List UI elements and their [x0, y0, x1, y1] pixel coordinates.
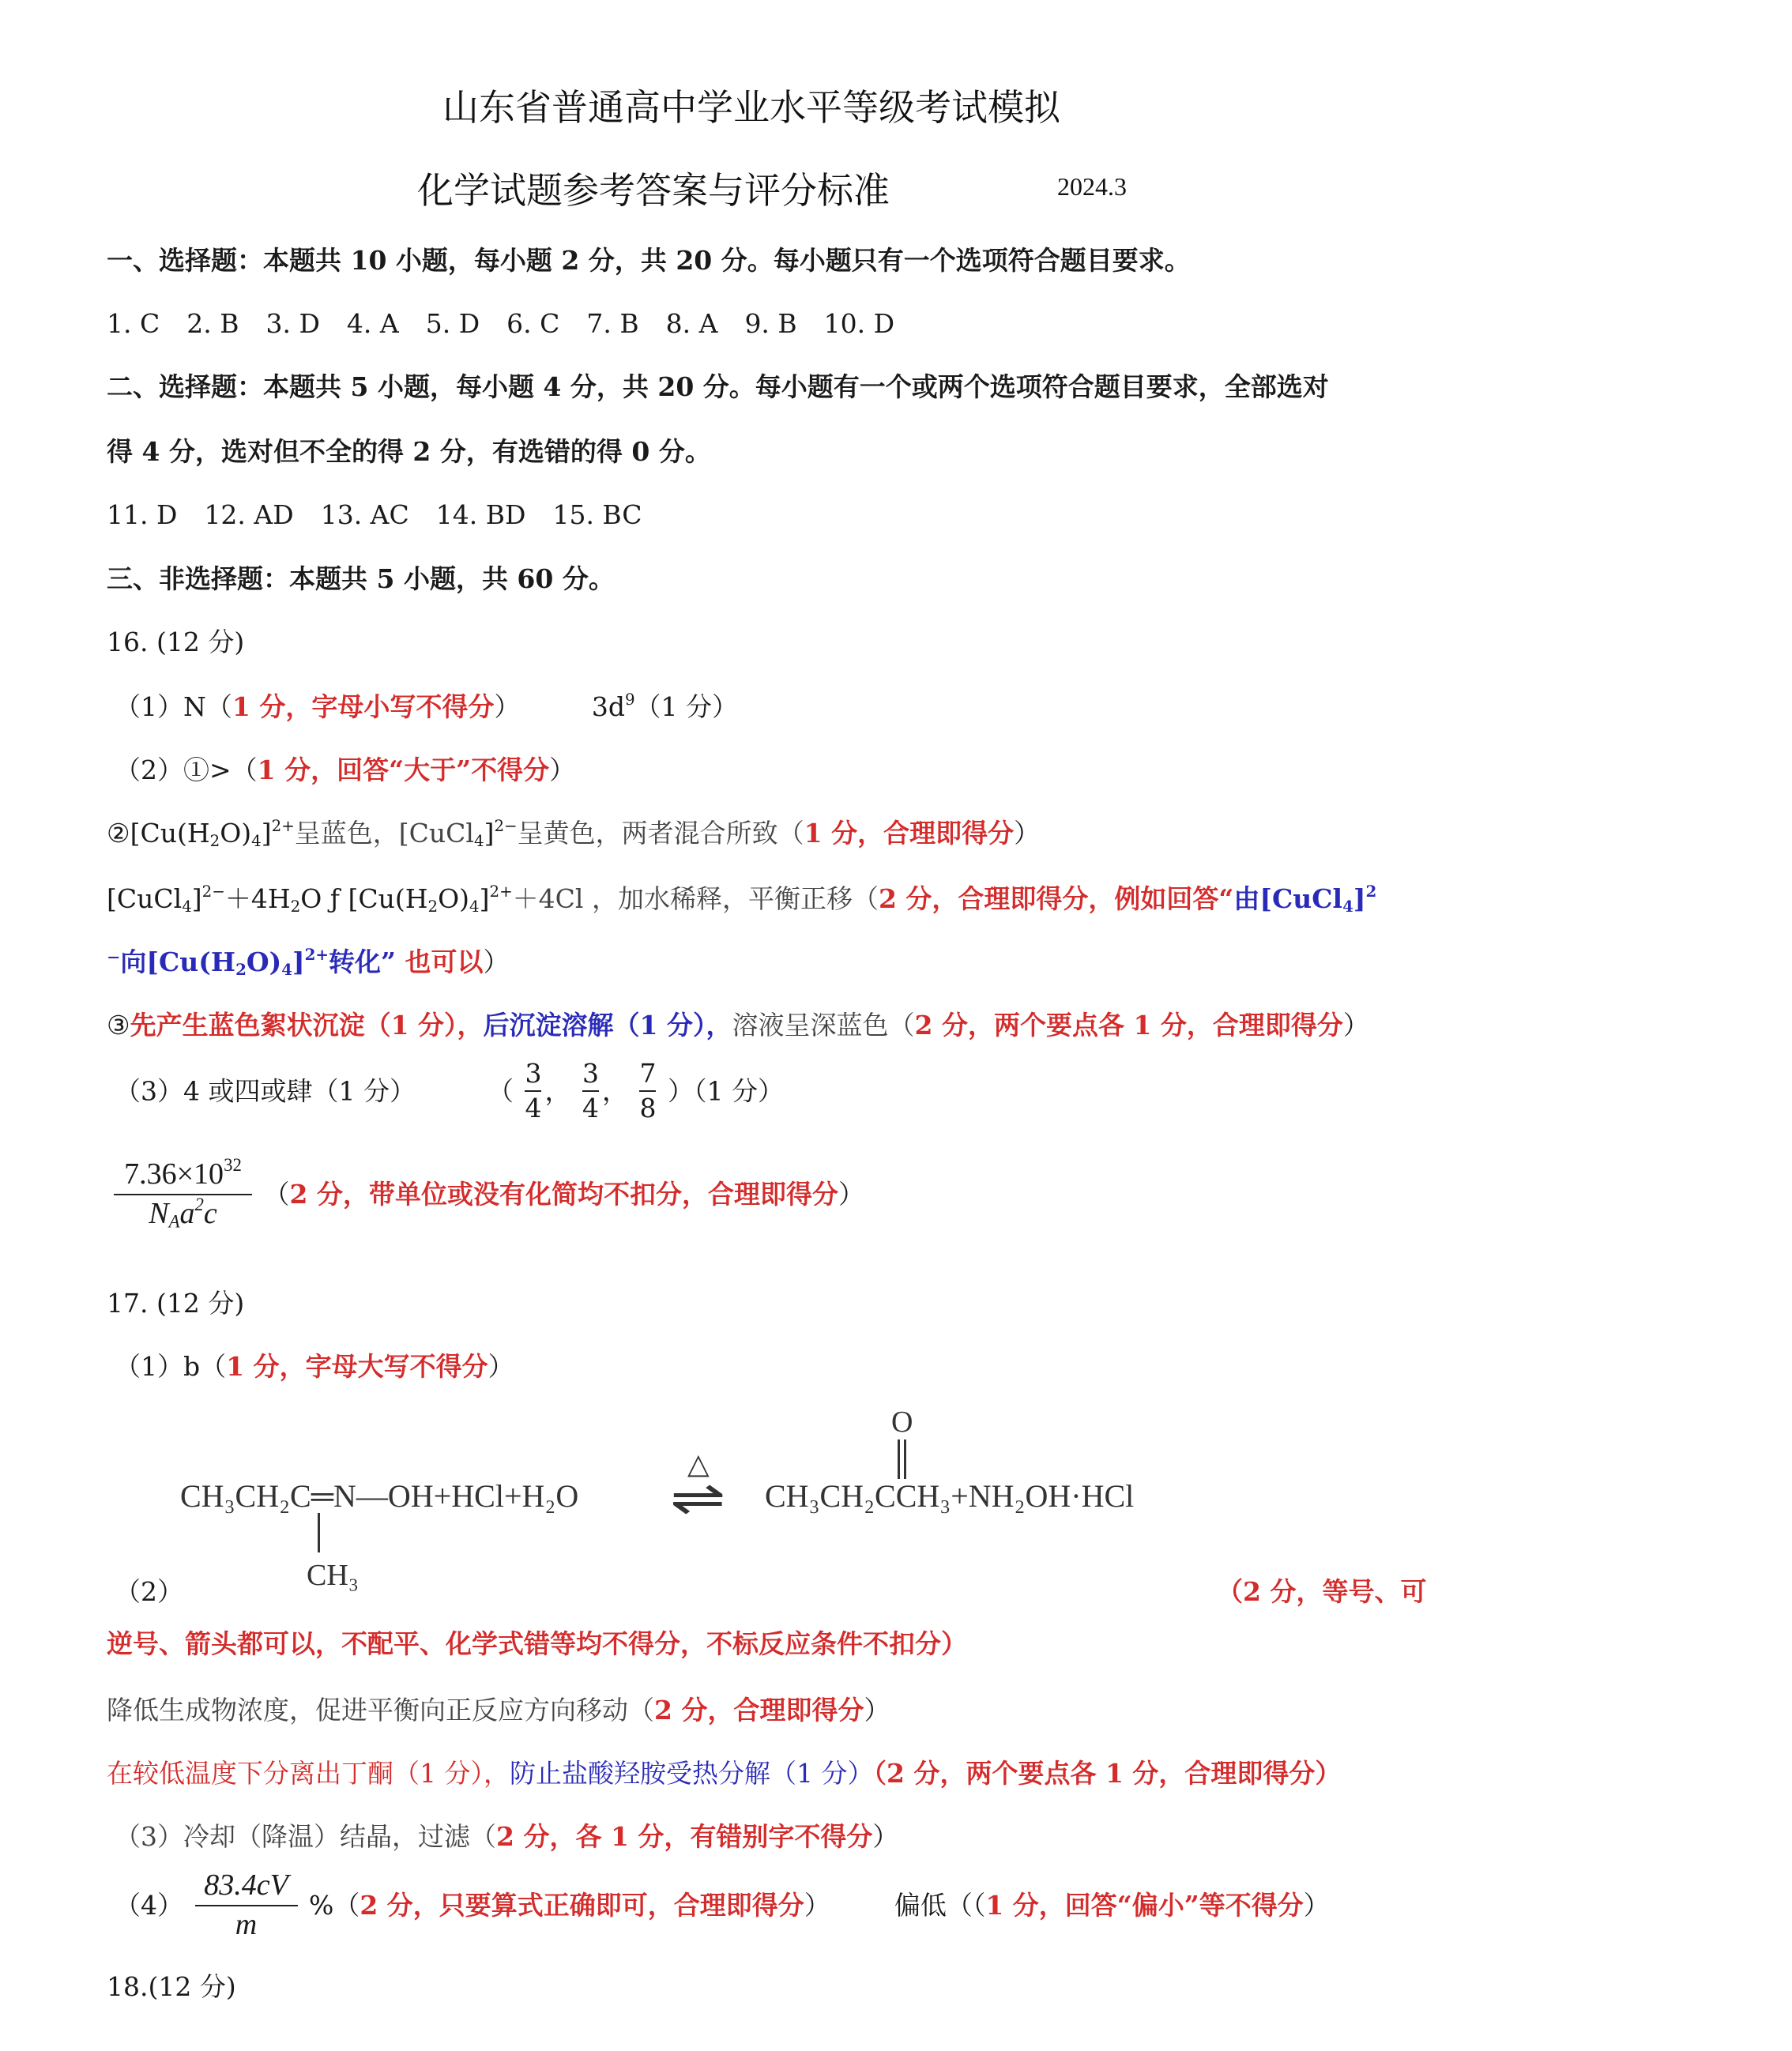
answer-13: 13. AC [321, 499, 409, 530]
q17-part1: （1）b（1 分，字母大写不得分） [115, 1353, 514, 1379]
answer-4: 4. A [347, 308, 399, 339]
q16-density: 7.36×1032 NAa2c （2 分，带单位或没有化简均不扣分，合理即得分） [111, 1157, 864, 1231]
reaction-branch-methyl: CH₃ [307, 1558, 359, 1593]
purity-formula: 83.4cVm [195, 1868, 298, 1942]
answer-8: 8. A [666, 308, 718, 339]
answer-15: 15. BC [552, 499, 642, 530]
coord-fraction-2: 34 [582, 1059, 599, 1123]
answer-6: 6. C [506, 308, 559, 339]
section3-heading: 三、非选择题：本题共 5 小题，共 60 分。 [107, 566, 615, 592]
answer-12: 12. AD [204, 499, 293, 530]
answer-5: 5. D [426, 308, 480, 339]
reaction-reactants: CH₃CH₂C═N—OH+HCl+H₂O [180, 1477, 578, 1515]
coord-fraction-1: 34 [525, 1059, 541, 1123]
q16-equilibrium-line: [CuCl4]2−＋4H2O ƒ [Cu(H2O)4]2+＋4Cl ，加水稀释，… [107, 886, 1376, 912]
section2-heading-line2: 得 4 分，选对但不全的得 2 分，有选错的得 0 分。 [107, 438, 711, 465]
carbonyl-double-bond [898, 1439, 900, 1479]
section1-answers: 1. C2. B3. D4. A5. D6. C7. B8. A9. B10. … [107, 310, 921, 337]
q16-part2-sub2: ②[Cu(H2O)4]2+呈蓝色，[CuCl4]2−呈黄色，两者混合所致（1 分… [107, 820, 1040, 846]
q16-title: 16. (12 分) [107, 629, 244, 655]
section2-heading-line1: 二、选择题：本题共 5 小题，每小题 4 分，共 20 分。每小题有一个或两个选… [107, 374, 1329, 400]
answer-10: 10. D [824, 308, 894, 339]
q16-part3: （3）4 或四或肆（1 分） （ 34， 34， 78 ）（1 分） [115, 1059, 784, 1123]
answer-3: 3. D [265, 308, 319, 339]
section1-heading: 一、选择题：本题共 10 小题，每小题 2 分，共 20 分。每小题只有一个选项… [107, 247, 1191, 273]
q16-part1: （1）N（1 分，字母小写不得分） 3d9（1 分） [115, 694, 738, 720]
answer-2: 2. B [186, 308, 239, 339]
q17-title: 17. (12 分) [107, 1290, 244, 1316]
q16-part1-note: 1 分，字母小写不得分 [232, 691, 494, 722]
q17-part3: （3）冷却（降温）结晶，过滤（2 分，各 1 分，有错别字不得分） [115, 1823, 898, 1850]
q16-equilibrium-cont: ⁻向[Cu(H2O)4]2+转化” 也可以） [107, 949, 509, 975]
coord-fraction-3: 78 [639, 1059, 656, 1123]
document-date: 2024.3 [1057, 172, 1127, 201]
q18-title: 18.(12 分) [107, 1974, 236, 2000]
q17-part2-reason: 降低生成物浓度，促进平衡向正反应方向移动（2 分，合理即得分） [107, 1697, 890, 1723]
reaction-products: CH₃CH₂CCH₃+NH₂OH·HCl [765, 1477, 1134, 1515]
q17-part2-note-b: 逆号、箭头都可以，不配平、化学式错等均不得分，不标反应条件不扣分） [107, 1631, 967, 1657]
answer-1: 1. C [107, 308, 160, 339]
section2-answers: 11. D12. AD13. AC14. BD15. BC [107, 502, 669, 528]
answer-14: 14. BD [436, 499, 526, 530]
q17-part2-note-a: （2 分，等号、可 [1217, 1579, 1426, 1605]
q17-part4: （4） 83.4cVm %（2 分，只要算式正确即可，合理即得分） 偏低（（1 … [115, 1868, 1330, 1942]
document-subtitle: 化学试题参考答案与评分标准 [417, 162, 890, 214]
density-formula: 7.36×1032 NAa2c [114, 1157, 252, 1231]
reversible-arrow-icon: ⇌ [670, 1471, 725, 1526]
q16-part2-note: 1 分，回答“大于”不得分 [258, 755, 549, 785]
q16-part2-sub3: ③先产生蓝色絮状沉淀（1 分），后沉淀溶解（1 分），溶液呈深蓝色（2 分，两个… [107, 1012, 1369, 1038]
branch-bond [318, 1513, 320, 1552]
answer-7: 7. B [586, 308, 638, 339]
document-title: 山东省普通高中学业水平等级考试模拟 [442, 79, 1060, 131]
answer-9: 9. B [744, 308, 796, 339]
q16-part2: （2）①>（1 分，回答“大于”不得分） [115, 757, 575, 783]
q17-part2-label: （2） [115, 1579, 183, 1605]
carbonyl-oxygen: O [891, 1405, 913, 1439]
answer-11: 11. D [107, 499, 177, 530]
q17-part2-operation: 在较低温度下分离出丁酮（1 分），防止盐酸羟胺受热分解（1 分）（2 分，两个要… [107, 1760, 1341, 1786]
